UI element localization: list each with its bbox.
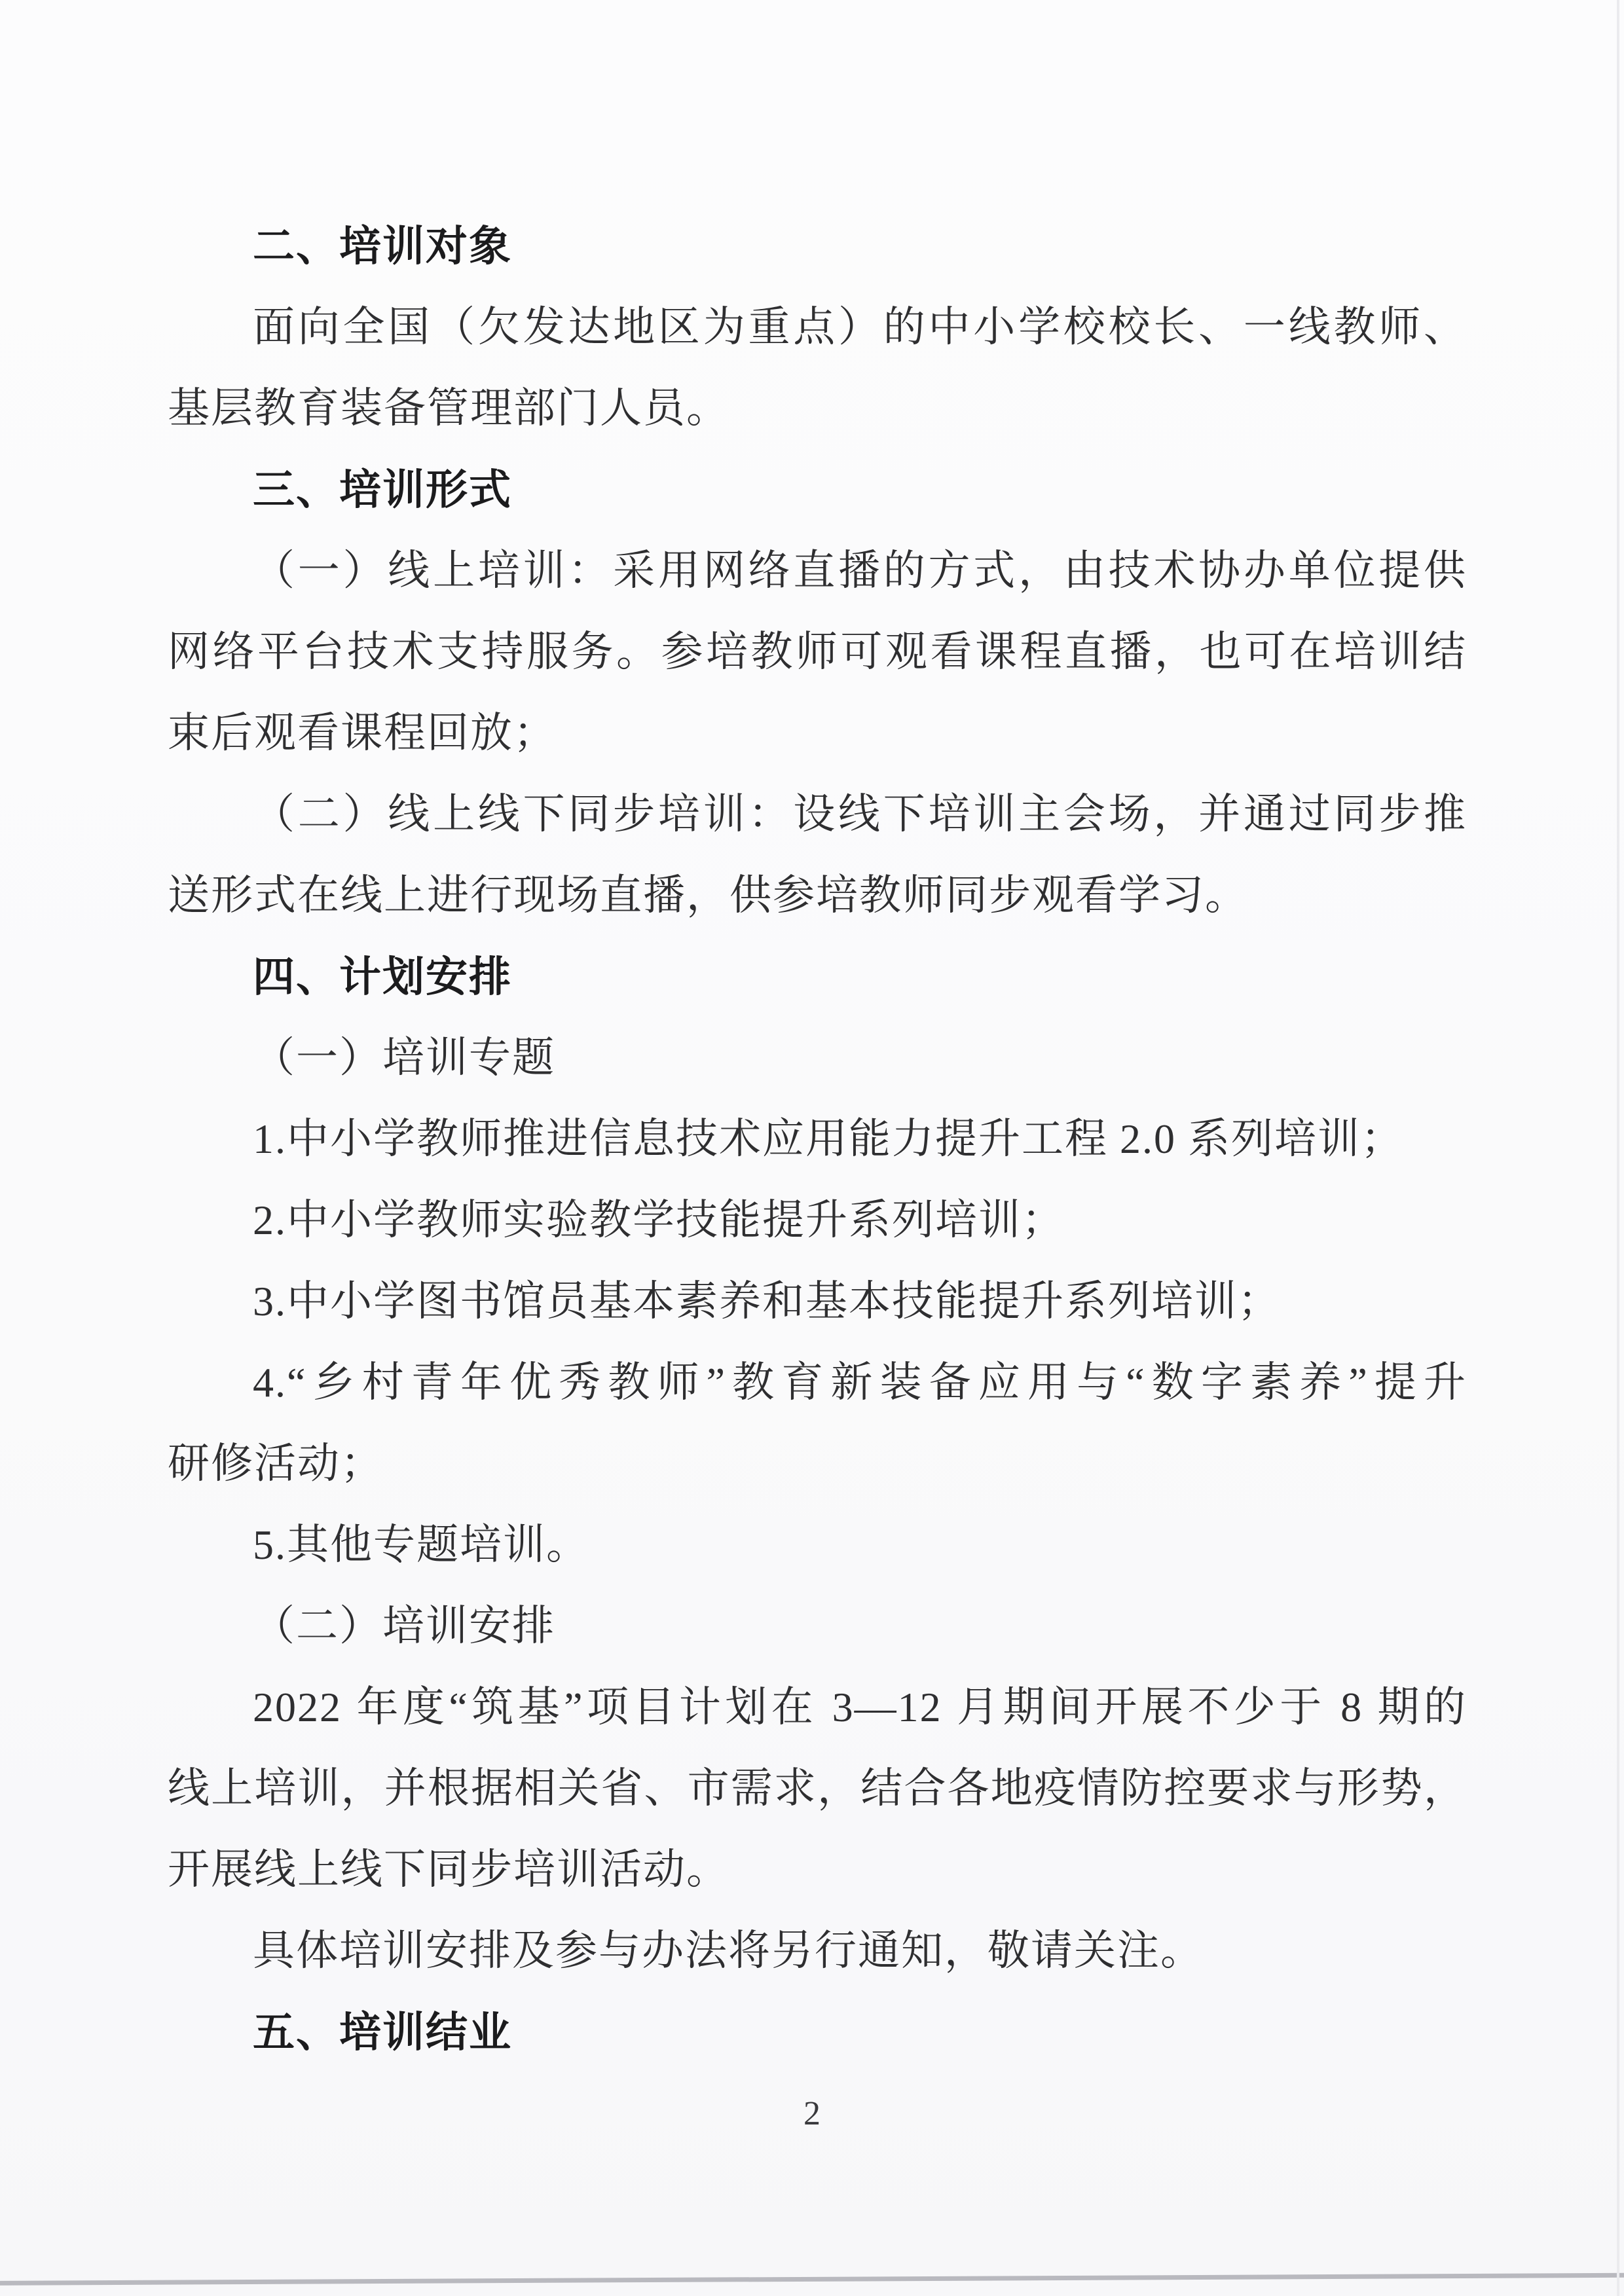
page-number: 2 bbox=[0, 2094, 1624, 2134]
document-body: 二、培训对象 面向全国（欠发达地区为重点）的中小学校校长、一线教师、 基层教育装… bbox=[168, 206, 1467, 2073]
paragraph-schedule-line-3: 开展线上线下同步培训活动。 bbox=[168, 1829, 1467, 1910]
subheading-training-schedule: （二）培训安排 bbox=[168, 1586, 1467, 1667]
heading-section-two-training-target: 二、培训对象 bbox=[168, 206, 1467, 287]
list-item-topic-3: 3.中小学图书馆员基本素养和基本技能提升系列培训； bbox=[168, 1261, 1467, 1342]
paragraph-online-training-line-2: 网络平台技术支持服务。参培教师可观看课程直播，也可在培训结 bbox=[168, 611, 1467, 693]
heading-section-four-plan: 四、计划安排 bbox=[168, 936, 1467, 1017]
heading-section-three-training-format: 三、培训形式 bbox=[168, 449, 1467, 530]
scan-edge-bottom bbox=[0, 2272, 1624, 2286]
scan-edge-right bbox=[1617, 0, 1619, 2296]
paragraph-hybrid-training-line-2: 送形式在线上进行现场直播，供参培教师同步观看学习。 bbox=[168, 855, 1467, 936]
subheading-training-topics: （一）培训专题 bbox=[168, 1017, 1467, 1099]
paragraph-schedule-notice: 具体培训安排及参与办法将另行通知，敬请关注。 bbox=[168, 1910, 1467, 1992]
list-item-topic-4-line-2: 研修活动； bbox=[168, 1423, 1467, 1504]
paragraph-training-target-line-2: 基层教育装备管理部门人员。 bbox=[168, 368, 1467, 449]
paragraph-schedule-line-2: 线上培训，并根据相关省、市需求，结合各地疫情防控要求与形势， bbox=[168, 1748, 1467, 1829]
list-item-topic-4-line-1: 4.“乡村青年优秀教师”教育新装备应用与“数字素养”提升 bbox=[168, 1342, 1467, 1423]
list-item-topic-5: 5.其他专题培训。 bbox=[168, 1504, 1467, 1586]
list-item-topic-2: 2.中小学教师实验教学技能提升系列培训； bbox=[168, 1180, 1467, 1261]
paragraph-training-target-line-1: 面向全国（欠发达地区为重点）的中小学校校长、一线教师、 bbox=[168, 287, 1467, 368]
paragraph-online-training-line-1: （一）线上培训：采用网络直播的方式，由技术协办单位提供 bbox=[168, 530, 1467, 611]
paragraph-hybrid-training-line-1: （二）线上线下同步培训：设线下培训主会场，并通过同步推 bbox=[168, 774, 1467, 855]
heading-section-five-completion: 五、培训结业 bbox=[168, 1992, 1467, 2073]
paragraph-schedule-line-1: 2022 年度“筑基”项目计划在 3—12 月期间开展不少于 8 期的 bbox=[168, 1667, 1467, 1748]
list-item-topic-1: 1.中小学教师推进信息技术应用能力提升工程 2.0 系列培训； bbox=[168, 1099, 1467, 1180]
document-page: 二、培训对象 面向全国（欠发达地区为重点）的中小学校校长、一线教师、 基层教育装… bbox=[0, 0, 1624, 2296]
paragraph-online-training-line-3: 束后观看课程回放； bbox=[168, 693, 1467, 774]
